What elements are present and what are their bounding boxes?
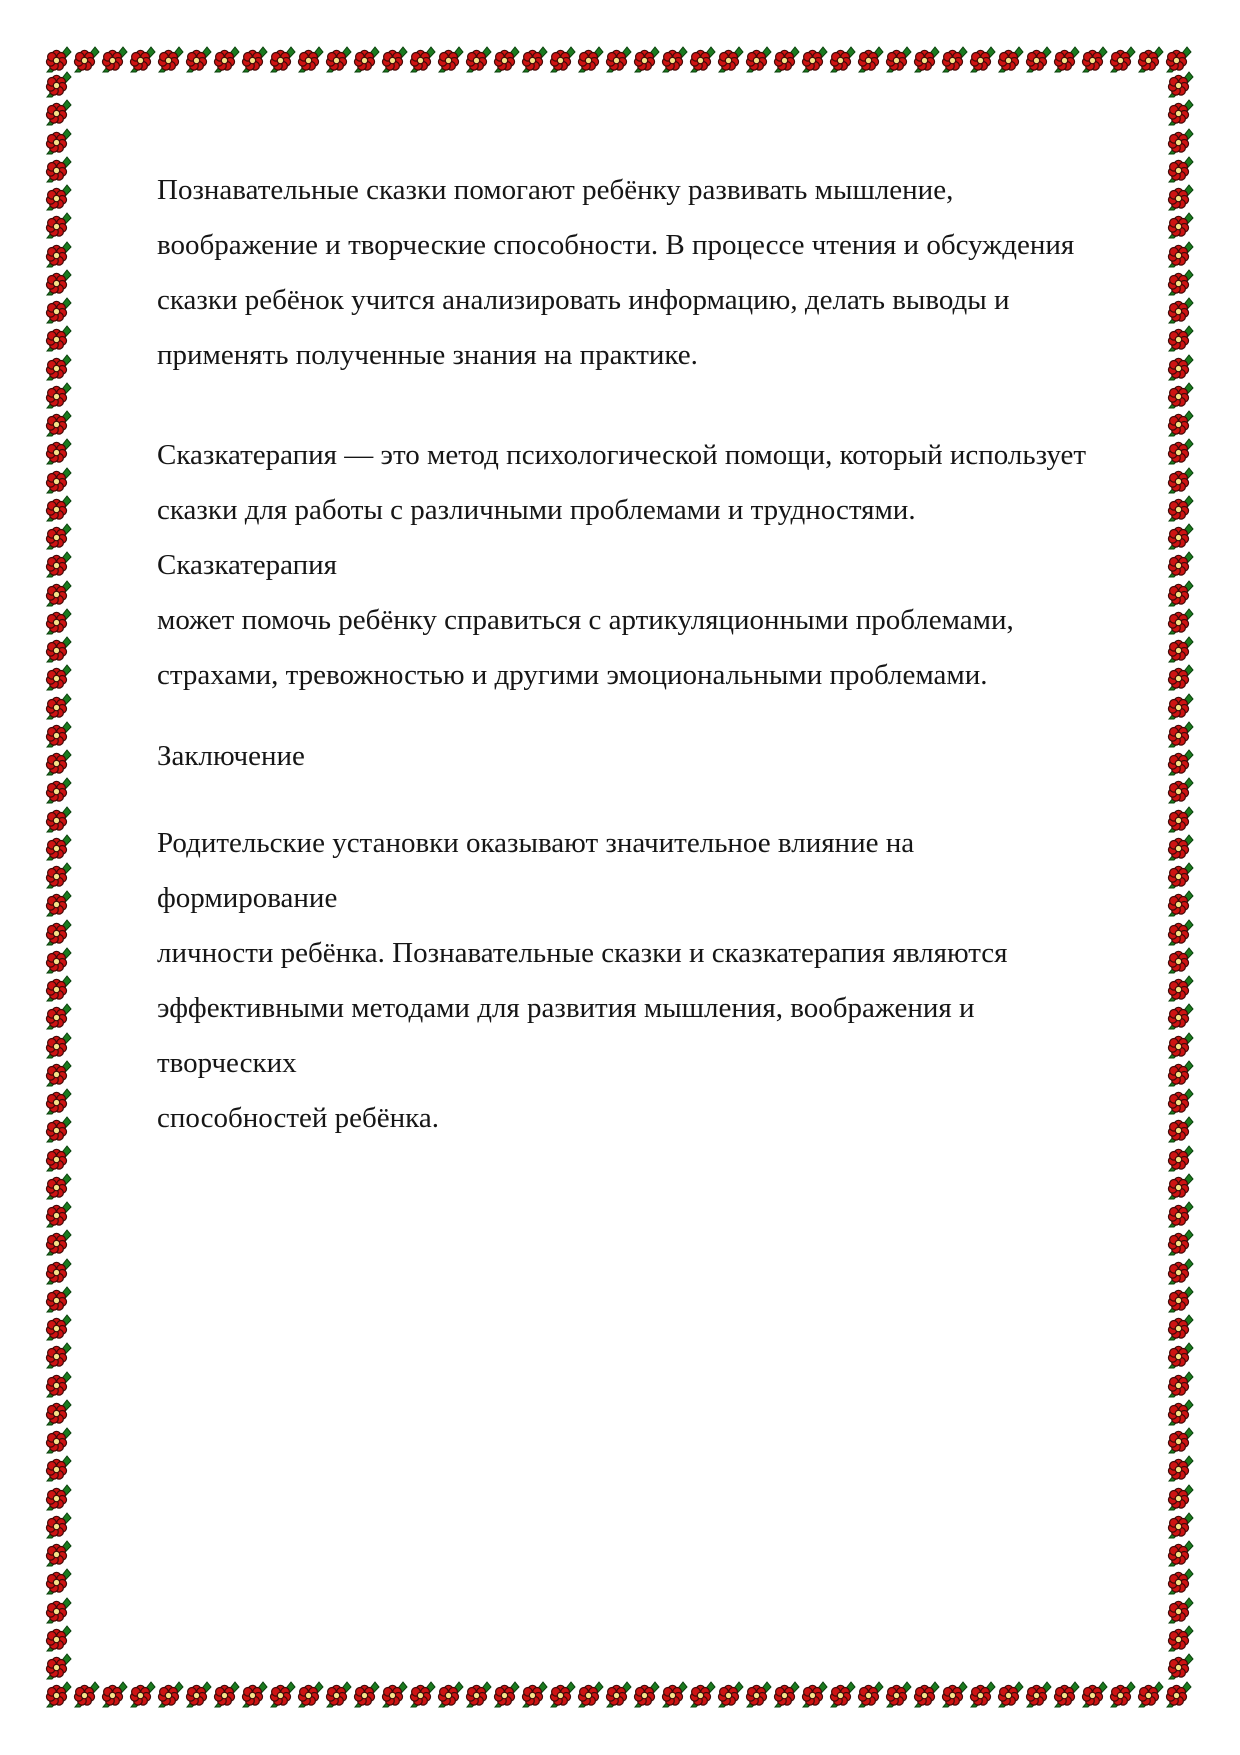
flower-icon bbox=[1167, 183, 1195, 211]
flower-icon bbox=[1167, 776, 1195, 804]
flower-icon bbox=[45, 437, 73, 465]
flower-icon bbox=[45, 1680, 73, 1708]
flower-icon bbox=[1167, 1596, 1195, 1624]
flower-icon bbox=[549, 1680, 577, 1708]
flower-icon bbox=[997, 1680, 1025, 1708]
flower-icon bbox=[1167, 974, 1195, 1002]
flower-icon bbox=[45, 1426, 73, 1454]
flower-icon bbox=[45, 1059, 73, 1087]
flower-icon bbox=[1167, 127, 1195, 155]
flower-icon bbox=[1167, 833, 1195, 861]
paragraph-cognitive-tales: Познавательные сказки помогают ребёнку р… bbox=[157, 163, 1087, 383]
flower-icon bbox=[45, 466, 73, 494]
flower-icon bbox=[773, 1680, 801, 1708]
flower-icon bbox=[45, 183, 73, 211]
flower-icon bbox=[1167, 466, 1195, 494]
flower-icon bbox=[353, 1680, 381, 1708]
border-right bbox=[1167, 70, 1195, 1680]
flower-icon bbox=[45, 635, 73, 663]
flower-icon bbox=[1137, 45, 1165, 73]
flower-icon bbox=[1167, 409, 1195, 437]
flower-icon bbox=[241, 1680, 269, 1708]
flower-icon bbox=[213, 1680, 241, 1708]
flower-icon bbox=[45, 805, 73, 833]
flower-icon bbox=[45, 1483, 73, 1511]
flower-icon bbox=[45, 1624, 73, 1652]
flower-icon bbox=[1167, 1285, 1195, 1313]
flower-icon bbox=[45, 127, 73, 155]
flower-icon bbox=[45, 918, 73, 946]
flower-icon bbox=[577, 1680, 605, 1708]
flower-icon bbox=[45, 1087, 73, 1115]
flower-icon bbox=[1167, 579, 1195, 607]
flower-icon bbox=[45, 1144, 73, 1172]
flower-icon bbox=[1167, 1115, 1195, 1143]
flower-icon bbox=[1167, 1200, 1195, 1228]
flower-icon bbox=[1167, 1454, 1195, 1482]
flower-icon bbox=[1167, 1567, 1195, 1595]
paragraph-conclusion-text: Родительские установки оказывают значите… bbox=[157, 816, 1087, 1146]
flower-icon bbox=[661, 1680, 689, 1708]
document-content: Познавательные сказки помогают ребёнку р… bbox=[157, 0, 1087, 1146]
flower-icon bbox=[45, 1341, 73, 1369]
flower-icon bbox=[1167, 946, 1195, 974]
flower-icon bbox=[45, 240, 73, 268]
flower-icon bbox=[1167, 748, 1195, 776]
flower-icon bbox=[45, 1257, 73, 1285]
flower-icon bbox=[45, 211, 73, 239]
flower-icon bbox=[45, 1285, 73, 1313]
flower-icon bbox=[1167, 1144, 1195, 1172]
flower-icon bbox=[1109, 1680, 1137, 1708]
flower-icon bbox=[1167, 635, 1195, 663]
flower-icon bbox=[1167, 889, 1195, 917]
heading-conclusion: Заключение bbox=[157, 729, 1087, 784]
flower-icon bbox=[45, 692, 73, 720]
flower-icon bbox=[45, 1172, 73, 1200]
flower-icon bbox=[1167, 1426, 1195, 1454]
flower-icon bbox=[1167, 720, 1195, 748]
flower-icon bbox=[1167, 70, 1195, 98]
flower-icon bbox=[45, 776, 73, 804]
flower-icon bbox=[633, 1680, 661, 1708]
flower-icon bbox=[45, 720, 73, 748]
flower-icon bbox=[45, 1031, 73, 1059]
flower-icon bbox=[1167, 692, 1195, 720]
flower-icon bbox=[1167, 1652, 1195, 1680]
flower-icon bbox=[1167, 296, 1195, 324]
flower-icon bbox=[45, 324, 73, 352]
flower-icon bbox=[717, 1680, 745, 1708]
flower-icon bbox=[1167, 268, 1195, 296]
flower-icon bbox=[1167, 1341, 1195, 1369]
flower-icon bbox=[45, 381, 73, 409]
flower-icon bbox=[521, 1680, 549, 1708]
flower-icon bbox=[45, 522, 73, 550]
flower-icon bbox=[45, 1454, 73, 1482]
flower-icon bbox=[1167, 861, 1195, 889]
flower-icon bbox=[45, 494, 73, 522]
flower-icon bbox=[689, 1680, 717, 1708]
flower-icon bbox=[1167, 381, 1195, 409]
flower-icon bbox=[1109, 45, 1137, 73]
flower-icon bbox=[1167, 550, 1195, 578]
flower-icon bbox=[409, 1680, 437, 1708]
flower-icon bbox=[1167, 211, 1195, 239]
flower-icon bbox=[45, 1228, 73, 1256]
flower-icon bbox=[45, 45, 73, 73]
flower-icon bbox=[185, 1680, 213, 1708]
flower-icon bbox=[1167, 1059, 1195, 1087]
flower-icon bbox=[45, 70, 73, 98]
flower-icon bbox=[45, 409, 73, 437]
flower-icon bbox=[1167, 353, 1195, 381]
flower-icon bbox=[45, 1652, 73, 1680]
flower-icon bbox=[73, 45, 101, 73]
flower-icon bbox=[101, 45, 129, 73]
flower-icon bbox=[1081, 1680, 1109, 1708]
flower-icon bbox=[269, 1680, 297, 1708]
flower-icon bbox=[1167, 1398, 1195, 1426]
flower-icon bbox=[101, 1680, 129, 1708]
flower-icon bbox=[45, 296, 73, 324]
flower-icon bbox=[1167, 1002, 1195, 1030]
flower-icon bbox=[1167, 1228, 1195, 1256]
flower-icon bbox=[45, 607, 73, 635]
flower-icon bbox=[45, 663, 73, 691]
flower-icon bbox=[45, 1115, 73, 1143]
flower-icon bbox=[1167, 1257, 1195, 1285]
flower-icon bbox=[129, 45, 157, 73]
flower-icon bbox=[745, 1680, 773, 1708]
flower-icon bbox=[1167, 437, 1195, 465]
flower-icon bbox=[45, 1313, 73, 1341]
flower-icon bbox=[829, 1680, 857, 1708]
flower-icon bbox=[73, 1680, 101, 1708]
document-page: Познавательные сказки помогают ребёнку р… bbox=[0, 0, 1240, 1755]
flower-icon bbox=[1053, 1680, 1081, 1708]
flower-icon bbox=[45, 1002, 73, 1030]
flower-icon bbox=[45, 946, 73, 974]
flower-icon bbox=[45, 550, 73, 578]
flower-icon bbox=[1167, 663, 1195, 691]
flower-icon bbox=[45, 1200, 73, 1228]
flower-icon bbox=[465, 1680, 493, 1708]
flower-icon bbox=[801, 1680, 829, 1708]
flower-icon bbox=[45, 98, 73, 126]
flower-icon bbox=[1167, 324, 1195, 352]
flower-icon bbox=[45, 155, 73, 183]
flower-icon bbox=[45, 353, 73, 381]
flower-icon bbox=[325, 1680, 353, 1708]
flower-icon bbox=[381, 1680, 409, 1708]
border-left bbox=[45, 70, 73, 1680]
flower-icon bbox=[45, 268, 73, 296]
flower-icon bbox=[45, 1370, 73, 1398]
flower-icon bbox=[1167, 1370, 1195, 1398]
flower-icon bbox=[1167, 1087, 1195, 1115]
flower-icon bbox=[969, 1680, 997, 1708]
flower-icon bbox=[1165, 1680, 1193, 1708]
flower-icon bbox=[1167, 240, 1195, 268]
flower-icon bbox=[1167, 607, 1195, 635]
flower-icon bbox=[297, 1680, 325, 1708]
flower-icon bbox=[45, 861, 73, 889]
flower-icon bbox=[45, 1511, 73, 1539]
paragraph-fairytale-therapy: Сказкатерапия — это метод психологическо… bbox=[157, 428, 1087, 703]
flower-icon bbox=[1167, 918, 1195, 946]
flower-icon bbox=[941, 1680, 969, 1708]
flower-icon bbox=[1167, 494, 1195, 522]
flower-icon bbox=[45, 974, 73, 1002]
flower-icon bbox=[885, 1680, 913, 1708]
flower-icon bbox=[45, 889, 73, 917]
flower-icon bbox=[129, 1680, 157, 1708]
flower-icon bbox=[1167, 1483, 1195, 1511]
flower-icon bbox=[45, 1567, 73, 1595]
flower-icon bbox=[1167, 1511, 1195, 1539]
flower-icon bbox=[1167, 1624, 1195, 1652]
flower-icon bbox=[913, 1680, 941, 1708]
flower-icon bbox=[1167, 1031, 1195, 1059]
flower-icon bbox=[857, 1680, 885, 1708]
flower-icon bbox=[45, 833, 73, 861]
flower-icon bbox=[45, 748, 73, 776]
flower-icon bbox=[1167, 155, 1195, 183]
flower-icon bbox=[1167, 805, 1195, 833]
flower-icon bbox=[45, 1398, 73, 1426]
flower-icon bbox=[493, 1680, 521, 1708]
flower-icon bbox=[157, 1680, 185, 1708]
flower-icon bbox=[1167, 98, 1195, 126]
flower-icon bbox=[605, 1680, 633, 1708]
flower-icon bbox=[1165, 45, 1193, 73]
flower-icon bbox=[45, 1596, 73, 1624]
border-bottom bbox=[45, 1680, 1193, 1708]
flower-icon bbox=[1167, 1539, 1195, 1567]
flower-icon bbox=[45, 579, 73, 607]
flower-icon bbox=[45, 1539, 73, 1567]
flower-icon bbox=[1137, 1680, 1165, 1708]
flower-icon bbox=[1167, 1172, 1195, 1200]
flower-icon bbox=[1167, 1313, 1195, 1341]
flower-icon bbox=[437, 1680, 465, 1708]
flower-icon bbox=[1025, 1680, 1053, 1708]
flower-icon bbox=[1167, 522, 1195, 550]
